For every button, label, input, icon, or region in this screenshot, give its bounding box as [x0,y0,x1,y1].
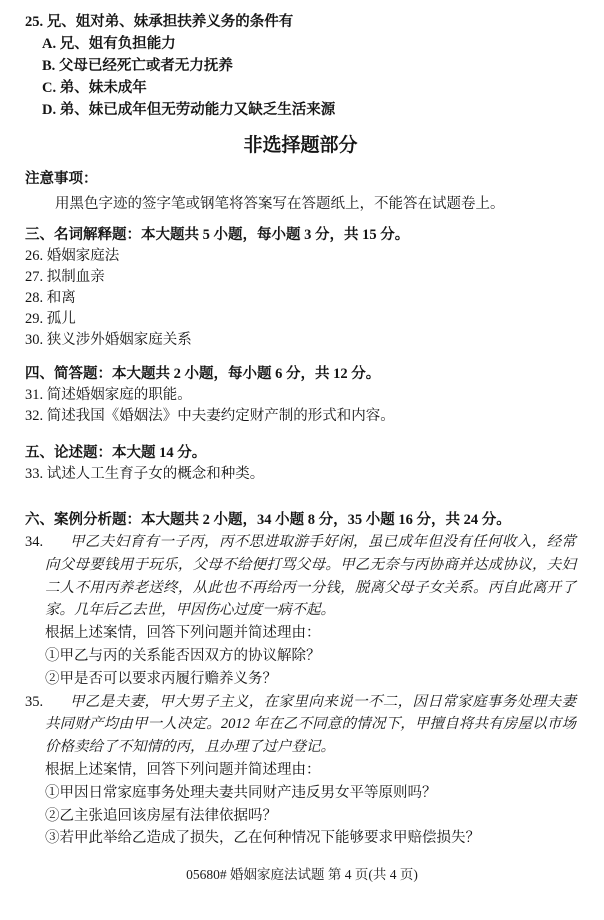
case-34-body: 甲乙夫妇育有一子丙，丙不思进取游手好闲，虽已成年但没有任何收入，经常向父母要钱用… [45,531,576,622]
question-30: 30. 狭义涉外婚姻家庭关系 [25,330,576,351]
case-34-subquestion-2: ②甲是否可以要求丙履行赡养义务？ [45,668,576,691]
section-three: 三、名词解释题：本大题共 5 小题，每小题 3 分，共 15 分。 26. 婚姻… [25,224,576,351]
case-35-prompt: 根据上述案情，回答下列问题并简述理由： [45,759,576,782]
question-29: 29. 孤儿 [25,309,576,330]
question-27: 27. 拟制血亲 [25,267,576,288]
case-35-subquestion-2: ②乙主张追回该房屋有法律依据吗？ [45,805,576,828]
section-five-heading: 五、论述题：本大题 14 分。 [25,442,576,464]
question-33: 33. 试述人工生育子女的概念和种类。 [25,464,576,485]
case-35-subquestion-1: ①甲因日常家庭事务处理夫妻共同财产违反男女平等原则吗？ [45,782,576,805]
case-34-prompt: 根据上述案情，回答下列问题并简述理由： [45,622,576,645]
question-26: 26. 婚姻家庭法 [25,246,576,267]
section-four: 四、简答题：本大题共 2 小题，每小题 6 分，共 12 分。 31. 简述婚姻… [25,363,576,427]
question-25-stem: 25. 兄、姐对弟、妹承担扶养义务的条件有 [25,11,576,33]
notice-body: 用黑色字迹的签字笔或钢笔将答案写在答题纸上，不能答在试题卷上。 [55,193,576,215]
case-34-number: 34. [25,531,43,554]
section-six-heading: 六、案例分析题：本大题共 2 小题，34 小题 8 分，35 小题 16 分，共… [25,509,576,531]
question-25-option-d: D. 弟、妹已成年但无劳动能力又缺乏生活来源 [42,99,576,121]
case-35-subquestion-3: ③若甲此举给乙造成了损失，乙在何种情况下能够要求甲赔偿损失？ [45,827,576,850]
notice-block: 注意事项： 用黑色字迹的签字笔或钢笔将答案写在答题纸上，不能答在试题卷上。 [25,168,576,215]
question-25: 25. 兄、姐对弟、妹承担扶养义务的条件有 A. 兄、姐有负担能力 B. 父母已… [25,11,576,121]
section-three-heading: 三、名词解释题：本大题共 5 小题，每小题 3 分，共 15 分。 [25,224,576,246]
page-footer: 05680# 婚姻家庭法试题 第 4 页(共 4 页) [0,864,604,886]
case-question-34: 34. 甲乙夫妇育有一子丙，丙不思进取游手好闲，虽已成年但没有任何收入，经常向父… [25,531,576,691]
case-35-number: 35. [25,691,43,714]
section-six: 六、案例分析题：本大题共 2 小题，34 小题 8 分，35 小题 16 分，共… [25,509,576,850]
question-25-option-b: B. 父母已经死亡或者无力抚养 [42,55,576,77]
section-five: 五、论述题：本大题 14 分。 33. 试述人工生育子女的概念和种类。 [25,442,576,485]
case-35-body: 甲乙是夫妻，甲大男子主义，在家里向来说一不二，因日常家庭事务处理夫妻共同财产均由… [45,691,576,759]
question-25-option-a: A. 兄、姐有负担能力 [42,33,576,55]
section-four-heading: 四、简答题：本大题共 2 小题，每小题 6 分，共 12 分。 [25,363,576,385]
question-25-option-c: C. 弟、妹未成年 [42,77,576,99]
part-title: 非选择题部分 [25,133,576,159]
case-34-subquestion-1: ①甲乙与丙的关系能否因双方的协议解除？ [45,645,576,668]
exam-paper-page: 25. 兄、姐对弟、妹承担扶养义务的条件有 A. 兄、姐有负担能力 B. 父母已… [0,0,604,920]
notice-heading: 注意事项： [25,168,576,190]
question-31: 31. 简述婚姻家庭的职能。 [25,385,576,406]
case-question-35: 35. 甲乙是夫妻，甲大男子主义，在家里向来说一不二，因日常家庭事务处理夫妻共同… [25,691,576,851]
question-32: 32. 简述我国《婚姻法》中夫妻约定财产制的形式和内容。 [25,406,576,427]
question-28: 28. 和离 [25,288,576,309]
